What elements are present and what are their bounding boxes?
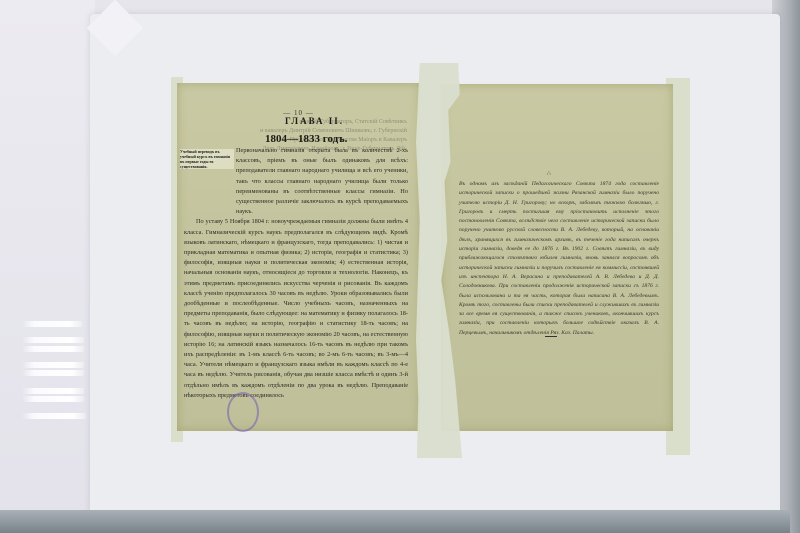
glass-frame-bottom bbox=[0, 510, 790, 533]
light-glare bbox=[22, 396, 84, 402]
chapter-years: 1804—1833 годъ. bbox=[265, 133, 347, 145]
left-page: — 10 — ванскій Губернаторъ, Статскій Сов… bbox=[177, 83, 420, 431]
right-page: ∴ Въ одномъ изъ засѣданій Педагогическаг… bbox=[441, 84, 673, 431]
left-page-body: Первоначально гимназія открыта была въ к… bbox=[184, 146, 408, 401]
light-glare bbox=[22, 346, 84, 352]
light-glare bbox=[22, 321, 82, 327]
right-page-body: Въ одномъ изъ засѣданій Педагогическаго … bbox=[459, 180, 659, 338]
background-paper bbox=[0, 0, 95, 533]
paragraph: По уставу 5 Ноября 1804 г. новоучреждаем… bbox=[184, 217, 408, 401]
margin-note: Учебный переводъ въ учебный курсъ въ гим… bbox=[180, 149, 234, 169]
library-stamp bbox=[227, 392, 259, 432]
light-glare bbox=[22, 388, 84, 394]
light-glare bbox=[22, 413, 86, 419]
ornament-dots: ∴ bbox=[547, 170, 551, 177]
light-glare bbox=[22, 337, 84, 343]
light-glare bbox=[22, 370, 84, 376]
end-rule bbox=[545, 336, 557, 337]
light-glare bbox=[22, 362, 84, 368]
chapter-title: ГЛАВА II. bbox=[285, 116, 344, 126]
